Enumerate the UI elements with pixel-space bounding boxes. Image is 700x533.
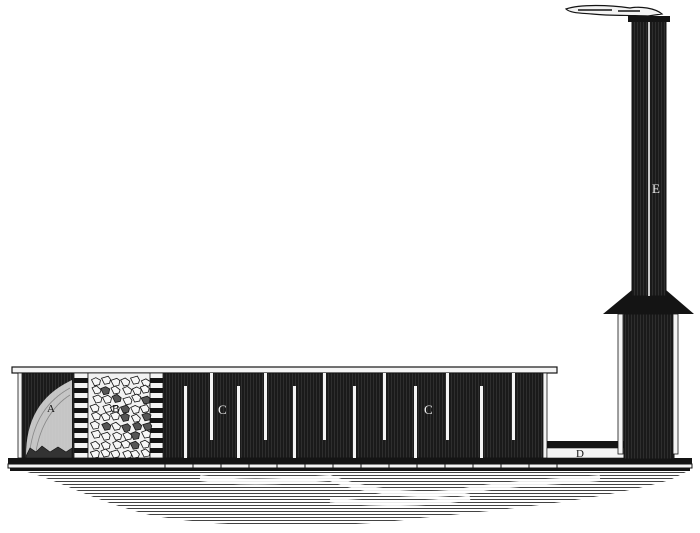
base-plate — [8, 458, 692, 471]
ground-shading — [20, 470, 690, 526]
furnace-end-wall — [543, 373, 547, 458]
grate-wall-left — [74, 373, 88, 458]
flue: D — [547, 441, 625, 460]
label-baffle-chamber-2: C — [424, 402, 433, 417]
label-stone-chamber: B — [112, 403, 119, 415]
label-fire-chamber: A — [47, 403, 55, 415]
label-flue: D — [576, 448, 584, 460]
chimney: E — [603, 16, 694, 459]
label-chimney: E — [652, 181, 660, 196]
smoke-plume — [566, 6, 662, 17]
stone-chamber: B — [88, 373, 152, 458]
furnace-diagram: A B C C D E — [0, 0, 700, 533]
label-baffle-chamber-1: C — [218, 402, 227, 417]
